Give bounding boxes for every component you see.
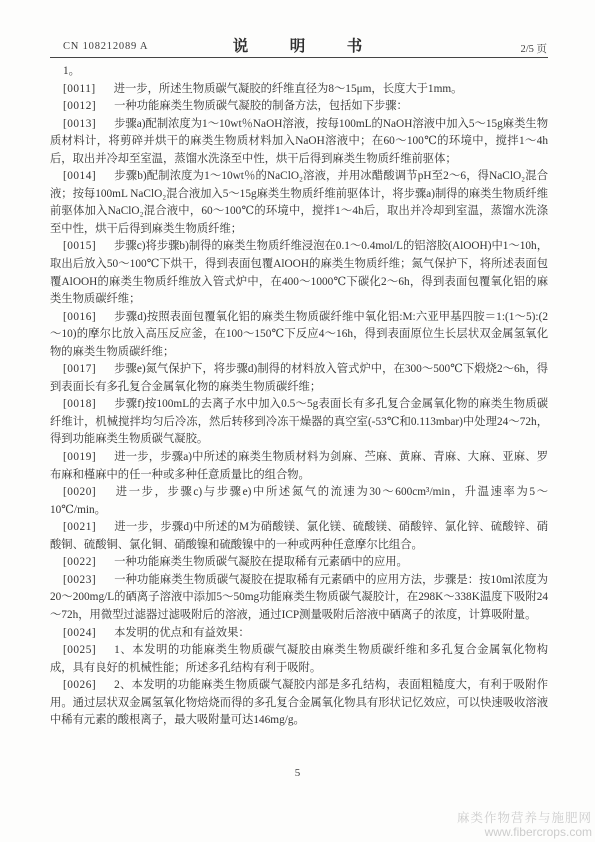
paragraph: [0025]1、本发明的功能麻类生物质碳气凝胶由麻类生物质碳纤维和多孔复合金属氧… (50, 642, 548, 677)
paragraph-text: 进一步，步骤a)中所述的麻类生物质材料为剑麻、苎麻、黄麻、青麻、大麻、亚麻、罗布… (50, 451, 548, 481)
document-body: 1。 [0011]进一步，所述生物质碳气凝胶的纤维直径为8～15μm，长度大于1… (50, 63, 548, 730)
paragraph: [0024]本发明的优点和有益效果： (50, 625, 548, 643)
paragraph: [0018]步骤f)按100mL的去离子水中加入0.5～5g表面长有多孔复合金属… (50, 396, 548, 449)
paragraph-text: 一种功能麻类生物质碳气凝胶在提取稀有元素硒中的应用。 (114, 556, 408, 568)
intro-line: 1。 (50, 63, 548, 81)
paragraph-text: 步骤c)将步骤b)制得的麻类生物质纤维浸泡在0.1～0.4mol/L的铝溶胶(A… (50, 240, 548, 305)
paragraph-text: 步骤e)氮气保护下，将步骤d)制得的材料放入管式炉中，在300～500℃下煅烧2… (50, 363, 548, 393)
paragraph-number: [0014] (63, 170, 114, 182)
page-number-footer: 5 (0, 767, 595, 779)
paragraph: [0013]步骤a)配制浓度为1～10wt％NaOH溶液，按每100mL的NaO… (50, 116, 548, 169)
paragraph-number: [0017] (63, 363, 114, 375)
paragraph-text: 步骤f)按100mL的去离子水中加入0.5～5g表面长有多孔复合金属氧化物的麻类… (50, 398, 548, 445)
paragraph-number: [0013] (63, 118, 114, 130)
paragraph-number: [0015] (63, 240, 114, 252)
paragraph-text: 进一步，步骤d)中所述的M为硝酸镁、氯化镁、硫酸镁、硝酸锌、氯化锌、硫酸锌、硝酸… (50, 521, 548, 551)
paragraph: [0011]进一步，所述生物质碳气凝胶的纤维直径为8～15μm，长度大于1mm。 (50, 81, 548, 99)
paragraph-number: [0012] (63, 100, 114, 112)
paragraph-text: 本发明的优点和有益效果： (114, 627, 250, 639)
paragraph: [0017]步骤e)氮气保护下，将步骤d)制得的材料放入管式炉中，在300～50… (50, 361, 548, 396)
paragraph-text: 一种功能麻类生物质碳气凝胶在提取稀有元素硒中的应用方法，步骤是：按10ml浓度为… (50, 574, 548, 621)
paragraph-number: [0016] (63, 311, 114, 323)
paragraph: [0014]步骤b)配制浓度为1～10wt％的NaClO₂溶液，并用冰醋酸调节p… (50, 168, 548, 238)
paragraph: [0022]一种功能麻类生物质碳气凝胶在提取稀有元素硒中的应用。 (50, 554, 548, 572)
paragraph-number: [0019] (63, 451, 114, 463)
page-indicator: 2/5 页 (520, 41, 547, 56)
paragraph: [0020]进一步，步骤c)与步骤e)中所述氮气的流速为30～600cm³/mi… (50, 484, 548, 519)
header-rule (50, 57, 548, 58)
paragraph-text: 步骤b)配制浓度为1～10wt％的NaClO₂溶液，并用冰醋酸调节pH至2～6，… (50, 170, 548, 235)
paragraph-number: [0026] (63, 679, 114, 691)
paragraph: [0021]进一步，步骤d)中所述的M为硝酸镁、氯化镁、硫酸镁、硝酸锌、氯化锌、… (50, 519, 548, 554)
paragraph: [0019]进一步，步骤a)中所述的麻类生物质材料为剑麻、苎麻、黄麻、青麻、大麻… (50, 449, 548, 484)
paragraph-text: 步骤d)按照表面包覆氧化铝的麻类生物质碳纤维中氧化铝:M:六亚甲基四胺＝1:(1… (50, 311, 548, 358)
paragraph: [0015]步骤c)将步骤b)制得的麻类生物质纤维浸泡在0.1～0.4mol/L… (50, 238, 548, 308)
paragraph-number: [0011] (63, 83, 114, 95)
watermark-site-name: 麻类作物营养与施肥网 (457, 812, 592, 826)
patent-specification-page: 说 明 书 CN 108212089 A 2/5 页 1。 [0011]进一步，… (0, 0, 595, 842)
paragraph: [0016]步骤d)按照表面包覆氧化铝的麻类生物质碳纤维中氧化铝:M:六亚甲基四… (50, 309, 548, 362)
paragraph-text: 进一步，所述生物质碳气凝胶的纤维直径为8～15μm，长度大于1mm。 (114, 83, 463, 95)
paragraph-list: [0011]进一步，所述生物质碳气凝胶的纤维直径为8～15μm，长度大于1mm。… (50, 81, 548, 730)
paragraph-number: [0022] (63, 556, 114, 568)
paragraph-text: 1、本发明的功能麻类生物质碳气凝胶由麻类生物质碳纤维和多孔复合金属氧化物构成，具… (50, 644, 548, 674)
paragraph: [0026]2、本发明的功能麻类生物质碳气凝胶内部是多孔结构，表面粗糙度大，有利… (50, 677, 548, 730)
paragraph-text: 步骤a)配制浓度为1～10wt％NaOH溶液，按每100mL的NaOH溶液中加入… (50, 118, 548, 165)
paragraph-number: [0021] (63, 521, 114, 533)
watermark: 麻类作物营养与施肥网 www.fibercrops.com (457, 812, 592, 839)
paragraph-text: 2、本发明的功能麻类生物质碳气凝胶内部是多孔结构，表面粗糙度大，有利于吸附作用。… (50, 679, 548, 726)
paragraph-text: 进一步，步骤c)与步骤e)中所述氮气的流速为30～600cm³/min，升温速率… (50, 486, 548, 516)
paragraph-number: [0018] (63, 398, 114, 410)
watermark-site-url: www.fibercrops.com (457, 826, 592, 840)
paragraph-number: [0023] (63, 574, 114, 586)
paragraph-number: [0025] (63, 644, 114, 656)
paragraph-text: 一种功能麻类生物质碳气凝胶的制备方法，包括如下步骤： (114, 100, 408, 112)
paragraph-number: [0020] (63, 486, 114, 498)
paragraph-number: [0024] (63, 627, 114, 639)
paragraph: [0012]一种功能麻类生物质碳气凝胶的制备方法，包括如下步骤： (50, 98, 548, 116)
paragraph: [0023]一种功能麻类生物质碳气凝胶在提取稀有元素硒中的应用方法，步骤是：按1… (50, 572, 548, 625)
patent-number: CN 108212089 A (63, 41, 148, 52)
